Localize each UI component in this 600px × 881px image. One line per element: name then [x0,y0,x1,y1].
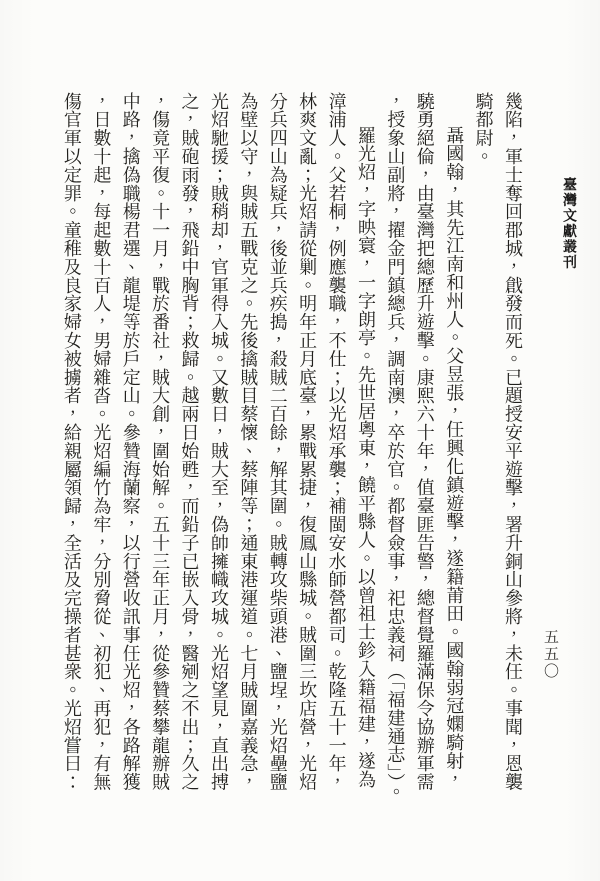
text-column-2: 騎都尉。 [468,92,497,806]
text-column-16: 傷官軍以定罪。童稚及良家婦女被擄者，給親屬領歸，全活及完操者甚衆。光炤嘗曰： [57,92,86,806]
text-column-13: ，傷竟平復。十一月，戰於番社，賊大創，圍始解。五十三年正月，從參贊蔡攀龍辦賊 [145,92,174,806]
text-column-9: 分兵四山為疑兵，後並兵疾搗，殺賊二百餘，解其圍。賊轉攻柴頭港、鹽埕，光炤壘鹽 [262,92,291,806]
scan-page: 臺灣文獻叢刊 五五〇 幾陷，軍士奪回郡城，戧發而死。已題授安平遊擊，署升銅山參將… [0,0,600,881]
text-block: 幾陷，軍士奪回郡城，戧發而死。已題授安平遊擊，署升銅山參將，未任。事聞，恩襲 騎… [57,92,528,806]
page-number: 五五〇 [540,629,561,680]
text-column-12: 之，賊砲雨發，飛鉛中胸背；救歸。越兩日始甦，而鉛子已嵌入骨，醫剜之不出；久之 [174,92,203,806]
running-head: 臺灣文獻叢刊 [558,177,578,270]
text-column-1: 幾陷，軍士奪回郡城，戧發而死。已題授安平遊擊，署升銅山參將，未任。事聞，恩襲 [498,92,527,806]
text-column-3: 聶國翰，其先江南和州人。父昱張，任興化鎮遊擊，遂籍莆田。國翰弱冠嫻騎射， [439,92,468,806]
text-column-5: ，授象山副將，擢金門鎮總兵，調南澳，卒於官。都督僉事，祀忠義祠（「福建通志」）。 [380,92,409,806]
text-column-15: ，日數十起，每起數十百人，男婦雜沓。光炤編竹為牢，分別脅從、初犯、再犯，有無 [86,92,115,806]
text-column-6: 羅光炤，字映寰，一字朗亭。先世居粵東，饒平縣人。以曾祖士鉁入籍福建，遂為 [351,92,380,806]
text-column-8: 林爽文亂；光炤請從剿。明年正月底臺，累戰累捷，復鳳山縣城。賊圍三坎店營，光炤 [292,92,321,806]
text-column-11: 光炤馳援；賊稍却，官軍得入城。又數日，賊大至，偽帥擁幟攻城。光炤望見，直出搏 [204,92,233,806]
text-column-14: 中路，擒偽職楊君選、龍堤等於戶定山。參贊海蘭察，以行營收訊事任光炤，各路解獲 [115,92,144,806]
text-column-7: 漳浦人。父若桐，例應襲職，不仕；以光炤承襲；補閩安水師營都司。乾隆五十一年， [321,92,350,806]
text-column-4: 驍勇絕倫，由臺灣把總歷升遊擊。康熙六十年，值臺匪告警，總督覺羅滿保令協辦軍需 [409,92,438,806]
text-column-10: 為壁以守，與賊五戰克之。先後擒賊目蔡懷、蔡陣等；通東港運道。七月賊圍嘉義急， [233,92,262,806]
